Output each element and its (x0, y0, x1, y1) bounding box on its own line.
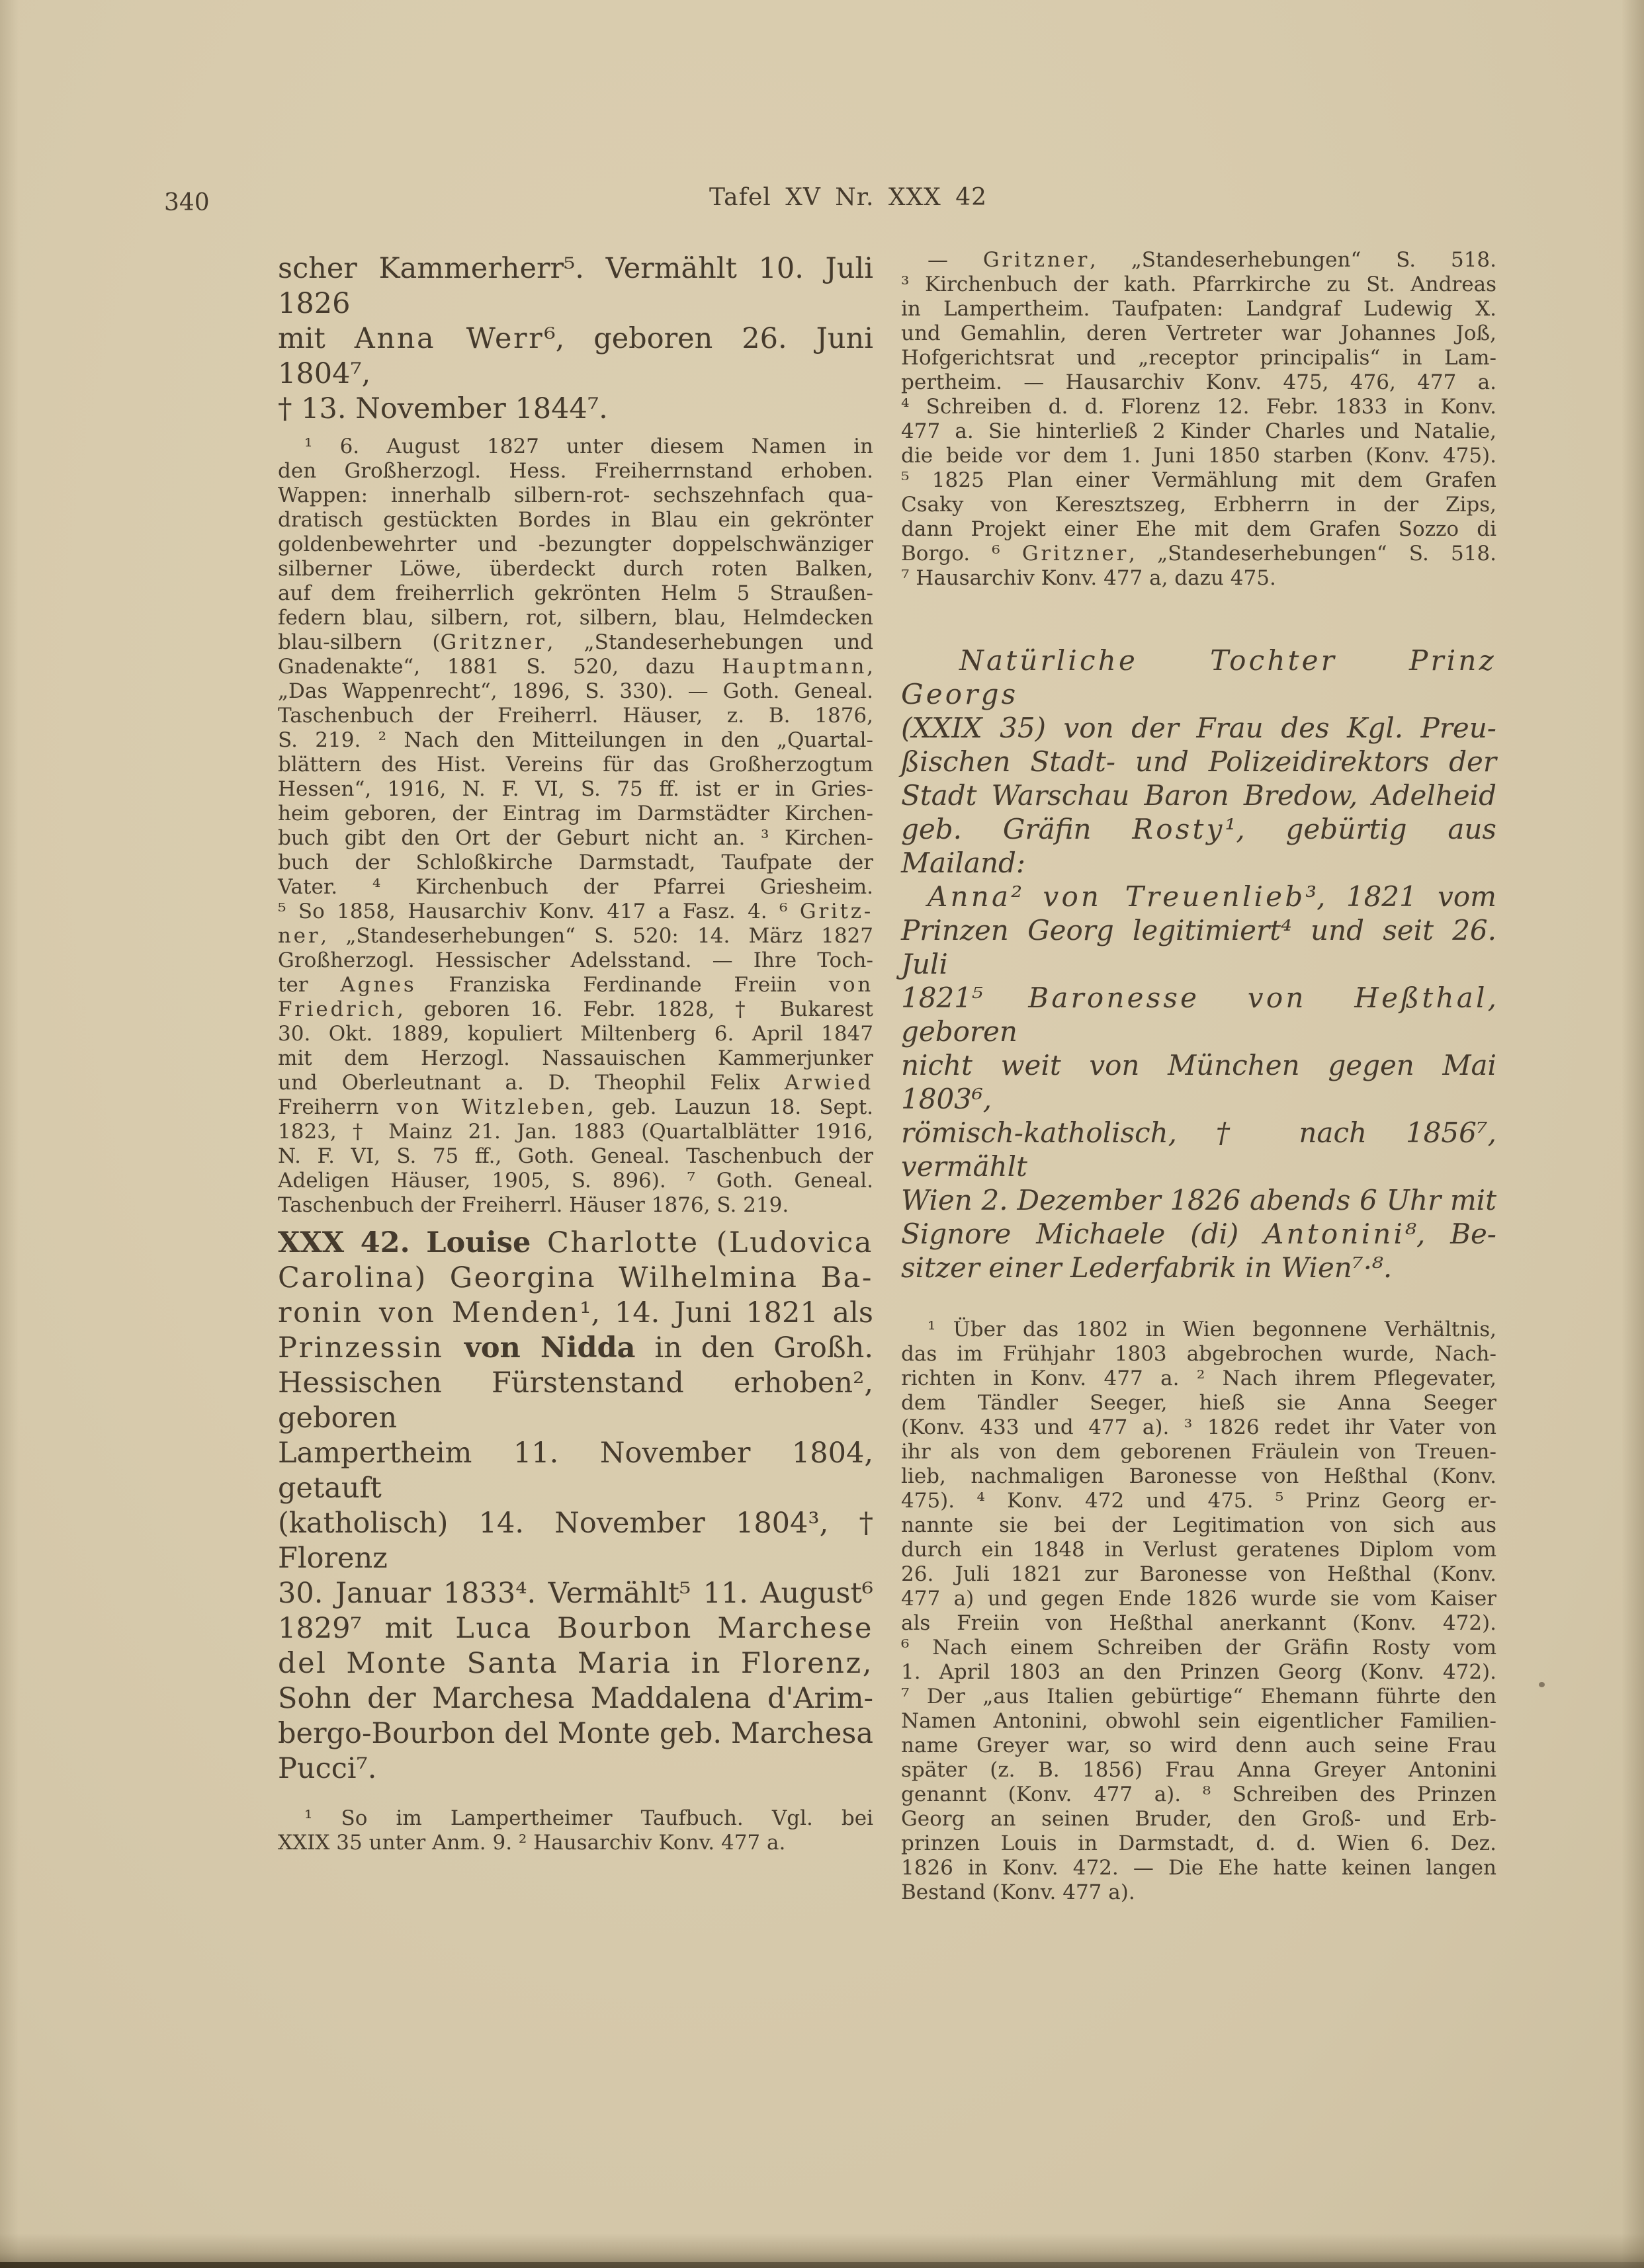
text-line: XXIX 35 unter Anm. 9. ² Hausarchiv Konv.… (278, 1831, 873, 1855)
text-segment: Freiherrn (278, 1095, 397, 1119)
footnotes-xxx42-continued: — Gritzner, „Standeserhebungen“ S. 518.³… (901, 248, 1496, 591)
text-line: Friedrich, geboren 16. Febr. 1828, † Buk… (278, 997, 873, 1022)
page-bottom-edge-line (0, 2262, 1644, 2268)
text-line: durch ein 1848 in Verlust geratenes Dipl… (901, 1538, 1496, 1562)
text-segment: ner (278, 924, 320, 948)
text-line: buch gibt den Ort der Geburt nicht an. ³… (278, 826, 873, 851)
text-segment: Prinzessin (278, 1331, 464, 1365)
text-segment: Baronesse von Heßthal (1028, 982, 1487, 1014)
text-segment: Gritz- (800, 900, 873, 923)
text-segment: ¹, 14. Juni 1821 als (580, 1296, 873, 1329)
text-line: genannt (Konv. 477 a). ⁸ Schreiben des P… (901, 1783, 1496, 1807)
text-line: blau-silbern (Gritzner, „Standeserhebung… (278, 630, 873, 655)
text-segment: und Oberleutnant a. D. Theophil Felix (278, 1071, 785, 1095)
text-segment: Franziska Ferdinande Freiin (416, 973, 828, 997)
page-number: 340 (164, 189, 210, 216)
footnotes-anna: ¹ Über das 1802 in Wien begonnene Verhäl… (901, 1318, 1496, 1905)
text-segment: Anna Werr (355, 322, 544, 355)
text-line: als Freiin von Heßthal anerkannt (Konv. … (901, 1611, 1496, 1636)
text-line: richten in Konv. 477 a. ² Nach ihrem Pfl… (901, 1366, 1496, 1391)
text-segment: , (867, 655, 873, 679)
text-line: Lampertheim 11. November 1804, getauft (278, 1436, 873, 1506)
text-line: S. 219. ² Nach den Mitteilungen in den „… (278, 728, 873, 753)
text-segment: Gritzner (440, 630, 546, 654)
text-segment: geb. Gräfin (901, 813, 1132, 845)
left-column: scher Kammerherr⁵. Vermählt 10. Juli 182… (278, 251, 873, 1855)
text-segment: ⁵ So 1858, Hausarchiv Konv. 417 a Fasz. … (278, 900, 800, 923)
text-line: Vater. ⁴ Kirchenbuch der Pfarrei Grieshe… (278, 875, 873, 900)
text-line: dem Tändler Seeger, hieß sie Anna Seeger (901, 1391, 1496, 1415)
text-line: römisch-katholisch, † nach 1856⁷, vermäh… (901, 1116, 1496, 1183)
text-line: das im Frühjahr 1803 abgebrochen wurde, … (901, 1342, 1496, 1366)
text-segment: 1829⁷ mit (278, 1612, 455, 1645)
text-line: Wappen: innerhalb silbern-rot- sechszehn… (278, 483, 873, 508)
text-line: (XXIX 35) von der Frau des Kgl. Preu- (901, 711, 1496, 745)
text-line: 1. April 1803 an den Prinzen Georg (Konv… (901, 1660, 1496, 1685)
text-segment: ⁸, Be- (1405, 1218, 1496, 1250)
text-line: bergo-Bourbon del Monte geb. Marchesa (278, 1716, 873, 1751)
text-segment: in den Großh. (636, 1331, 873, 1365)
text-segment: XXX 42. (278, 1226, 426, 1259)
text-line: silberner Löwe, überdeckt durch roten Ba… (278, 557, 873, 581)
text-segment: , „Standeserhebungen“ S. 518. (1090, 248, 1496, 272)
text-line: ronin von Menden¹, 14. Juni 1821 als (278, 1296, 873, 1331)
text-line: 1829⁷ mit Luca Bourbon Marchese (278, 1611, 873, 1646)
text-line: Carolina) Georgina Wilhelmina Ba- (278, 1261, 873, 1296)
text-line: del Monte Santa Maria in Florenz, (278, 1646, 873, 1681)
text-line: prinzen Louis in Darmstadt, d. d. Wien 6… (901, 1831, 1496, 1856)
text-line: Hessischen Fürstenstand erhoben², gebore… (278, 1366, 873, 1436)
text-segment: Rosty (1132, 813, 1225, 845)
text-line: ¹ So im Lampertheimer Taufbuch. Vgl. bei (278, 1806, 873, 1831)
text-line: Taschenbuch der Freiherrl. Häuser, z. B.… (278, 704, 873, 728)
text-line: name Greyer war, so wird denn auch seine… (901, 1734, 1496, 1758)
running-title: Tafel XV Nr. XXX 42 (703, 184, 994, 211)
text-segment: mit (278, 322, 355, 355)
text-line: mit Anna Werr⁶, geboren 26. Juni 1804⁷, (278, 321, 873, 392)
text-segment: , „Standeserhebungen und (547, 630, 873, 654)
text-line: Adeligen Häuser, 1905, S. 896). ⁷ Goth. … (278, 1169, 873, 1193)
text-line: sitzer einer Lederfabrik in Wien⁷·⁸. (901, 1251, 1496, 1284)
text-line: ¹ Über das 1802 in Wien begonnene Verhäl… (901, 1318, 1496, 1342)
text-segment: , geboren 16. Febr. 1828, † Bukarest (397, 997, 873, 1021)
text-segment: Agnes (340, 973, 416, 997)
text-segment: von Treuenlieb (1043, 880, 1306, 913)
text-segment: Borgo. ⁶ (901, 542, 1022, 566)
text-line: ⁵ 1825 Plan einer Vermählung mit dem Gra… (901, 468, 1496, 493)
page-left-edge-shadow (0, 0, 19, 2268)
text-line: Signore Michaele (di) Antonini⁸, Be- (901, 1217, 1496, 1251)
text-line: Freiherrn von Witzleben, geb. Lauzun 18.… (278, 1095, 873, 1120)
text-line: ³ Kirchenbuch der kath. Pfarrkirche zu S… (901, 273, 1496, 297)
text-line: federn blau, silbern, rot, silbern, blau… (278, 606, 873, 630)
text-line: Namen Antonini, obwohl sein eigentlicher… (901, 1709, 1496, 1734)
text-line: Natürliche Tochter Prinz Georgs (901, 644, 1496, 711)
text-segment: von (829, 973, 873, 997)
text-line: 475). ⁴ Konv. 472 und 475. ⁵ Prinz Georg… (901, 1489, 1496, 1513)
text-line: XXX 42. Louise Charlotte (Ludovica (278, 1226, 873, 1261)
text-segment: Gnadenakte“, 1881 S. 520, dazu (278, 655, 722, 679)
continuation-paragraph: scher Kammerherr⁵. Vermählt 10. Juli 182… (278, 251, 873, 427)
text-segment: von Nidda (464, 1331, 636, 1365)
text-line: heim geboren, der Eintrag im Darmstädter… (278, 802, 873, 826)
text-line: 30. Okt. 1889, kopuliert Miltenberg 6. A… (278, 1022, 873, 1046)
text-line: auf dem freiherrlich gekrönten Helm 5 St… (278, 581, 873, 606)
footnotes-xxx42: ¹ So im Lampertheimer Taufbuch. Vgl. bei… (278, 1806, 873, 1855)
right-column: — Gritzner, „Standeserhebungen“ S. 518.³… (901, 248, 1496, 1905)
text-line: dratisch gestückten Bordes in Blau ein g… (278, 508, 873, 532)
text-segment: — (928, 248, 983, 272)
text-segment: Louise (426, 1226, 547, 1259)
text-segment: , geb. Lauzun 18. Sept. (587, 1095, 873, 1119)
text-line: nicht weit von München gegen Mai 1803⁶, (901, 1048, 1496, 1116)
text-segment: Luca Bourbon Marchese (455, 1612, 873, 1645)
text-line: goldenbewehrter und -bezungter doppelsch… (278, 532, 873, 557)
text-line: Bestand (Konv. 477 a). (901, 1880, 1496, 1905)
text-segment: Gritzner (1022, 542, 1129, 566)
text-line: Wien 2. Dezember 1826 abends 6 Uhr mit (901, 1183, 1496, 1217)
scanned-book-page: 340 Tafel XV Nr. XXX 42 scher Kammerherr… (0, 0, 1644, 2268)
text-segment: Signore Michaele (di) (901, 1218, 1264, 1250)
text-segment: Arwied (785, 1071, 873, 1095)
text-line: die beide vor dem 1. Juni 1850 starben (… (901, 444, 1496, 468)
text-segment: Friedrich (278, 997, 397, 1021)
text-line: ter Agnes Franziska Ferdinande Freiin vo… (278, 973, 873, 997)
text-segment: del Monte Santa Maria in Florenz, (278, 1647, 873, 1680)
text-segment: von Witzleben (397, 1095, 587, 1119)
text-segment: Carolina) Georgina Wilhelmina Ba- (278, 1261, 873, 1294)
text-line: Pucci⁷. (278, 1751, 873, 1786)
text-line: 1821⁵ Baronesse von Heßthal, geboren (901, 981, 1496, 1048)
text-line: Csaky von Keresztszeg, Erbherrn in der Z… (901, 493, 1496, 517)
text-line: ⁴ Schreiben d. d. Florenz 12. Febr. 1833… (901, 395, 1496, 419)
text-line: ⁷ Der „aus Italien gebürtige“ Ehemann fü… (901, 1685, 1496, 1709)
text-line: N. F. VI, S. 75 ff., Goth. Geneal. Tasch… (278, 1144, 873, 1169)
text-segment: blau-silbern ( (278, 630, 440, 654)
text-line: Prinzessin von Nidda in den Großh. (278, 1331, 873, 1366)
footnotes-xxx41: ¹ 6. August 1827 unter diesem Namen inde… (278, 435, 873, 1218)
text-segment: ronin von Menden (278, 1296, 580, 1329)
text-segment: Natürliche Tochter Prinz Georgs (901, 644, 1496, 710)
text-line: — Gritzner, „Standeserhebungen“ S. 518. (901, 248, 1496, 273)
text-line: ¹ 6. August 1827 unter diesem Namen in (278, 435, 873, 459)
text-line: 26. Juli 1821 zur Baronesse von Heßthal … (901, 1562, 1496, 1587)
paper-speck (1539, 1682, 1545, 1687)
text-line: 477 a) und gegen Ende 1826 wurde sie vom… (901, 1587, 1496, 1611)
text-line: „Das Wappenrecht“, 1896, S. 330). — Goth… (278, 679, 873, 704)
text-line: nannte sie bei der Legitimation von sich… (901, 1513, 1496, 1538)
text-segment: ³, 1821 vom (1305, 880, 1496, 913)
text-segment: Charlotte (Ludovica (547, 1226, 873, 1259)
text-line: ßischen Stadt- und Polizeidirektors der (901, 745, 1496, 778)
text-line: Anna² von Treuenlieb³, 1821 vom (901, 880, 1496, 913)
text-line: Gnadenakte“, 1881 S. 520, dazu Hauptmann… (278, 655, 873, 679)
text-line: geb. Gräfin Rosty¹, gebürtig aus Mailand… (901, 812, 1496, 880)
text-line: Prinzen Georg legitimiert⁴ und seit 26. … (901, 913, 1496, 981)
text-line: (katholisch) 14. November 1804³, † Flore… (278, 1506, 873, 1576)
entry-anna-intro: Natürliche Tochter Prinz Georgs(XXIX 35)… (901, 644, 1496, 1284)
text-line: Hofgerichtsrat und „receptor principalis… (901, 346, 1496, 370)
text-line: ⁷ Hausarchiv Konv. 477 a, dazu 475. (901, 566, 1496, 591)
text-line: 477 a. Sie hinterließ 2 Kinder Charles u… (901, 419, 1496, 444)
text-line: Hessen“, 1916, N. F. VI, S. 75 ff. ist e… (278, 777, 873, 802)
entry-xxx42: XXX 42. Louise Charlotte (LudovicaCaroli… (278, 1226, 873, 1786)
text-line: und Gemahlin, deren Vertreter war Johann… (901, 321, 1496, 346)
text-line: buch der Schloßkirche Darmstadt, Taufpat… (278, 851, 873, 875)
text-segment: Gritzner (983, 248, 1090, 272)
text-line: dann Projekt einer Ehe mit dem Grafen So… (901, 517, 1496, 542)
text-segment: 1821⁵ (901, 982, 1028, 1014)
text-line: Großherzogl. Hessischer Adelsstand. — Ih… (278, 948, 873, 973)
text-line: später (z. B. 1856) Frau Anna Greyer Ant… (901, 1758, 1496, 1783)
text-segment: ter (278, 973, 340, 997)
text-line: † 13. November 1844⁷. (278, 392, 873, 427)
text-line: mit dem Herzogl. Nassauischen Kammerjunk… (278, 1046, 873, 1071)
text-segment: , „Standeserhebungen“ S. 520: 14. März 1… (320, 924, 873, 948)
text-line: Borgo. ⁶ Gritzner, „Standeserhebungen“ S… (901, 542, 1496, 566)
text-line: Sohn der Marchesa Maddalena d'Arim- (278, 1681, 873, 1716)
text-line: ihr als von dem geborenen Fräulein von T… (901, 1440, 1496, 1464)
text-line: pertheim. — Hausarchiv Konv. 475, 476, 4… (901, 370, 1496, 395)
text-segment: Antonini (1264, 1218, 1405, 1250)
text-line: und Oberleutnant a. D. Theophil Felix Ar… (278, 1071, 873, 1095)
text-segment: ² (1011, 880, 1043, 913)
text-segment: Anna (928, 880, 1011, 913)
text-line: den Großherzogl. Hess. Freiherrnstand er… (278, 459, 873, 483)
text-line: lieb, nachmaligen Baronesse von Heßthal … (901, 1464, 1496, 1489)
text-line: ner, „Standeserhebungen“ S. 520: 14. Mär… (278, 924, 873, 948)
page-right-edge-shadow (1622, 0, 1644, 2268)
text-line: scher Kammerherr⁵. Vermählt 10. Juli 182… (278, 251, 873, 321)
text-segment: , „Standeserhebungen“ S. 518. (1129, 542, 1496, 566)
text-line: in Lampertheim. Taufpaten: Landgraf Lude… (901, 297, 1496, 321)
text-line: 1826 in Konv. 472. — Die Ehe hatte keine… (901, 1856, 1496, 1880)
text-line: 30. Januar 1833⁴. Vermählt⁵ 11. August⁶ (278, 1576, 873, 1611)
text-line: (Konv. 433 und 477 a). ³ 1826 redet ihr … (901, 1415, 1496, 1440)
text-line: Stadt Warschau Baron Bredow, Adelheid (901, 778, 1496, 812)
text-line: ⁵ So 1858, Hausarchiv Konv. 417 a Fasz. … (278, 900, 873, 924)
text-line: 1823, † Mainz 21. Jan. 1883 (Quartalblät… (278, 1120, 873, 1144)
text-line: Georg an seinen Bruder, den Groß- und Er… (901, 1807, 1496, 1831)
text-line: blättern des Hist. Vereins für das Großh… (278, 753, 873, 777)
text-segment: Hauptmann (722, 655, 867, 679)
text-line: ⁶ Nach einem Schreiben der Gräfin Rosty … (901, 1636, 1496, 1660)
text-line: Taschenbuch der Freiherrl. Häuser 1876, … (278, 1193, 873, 1218)
